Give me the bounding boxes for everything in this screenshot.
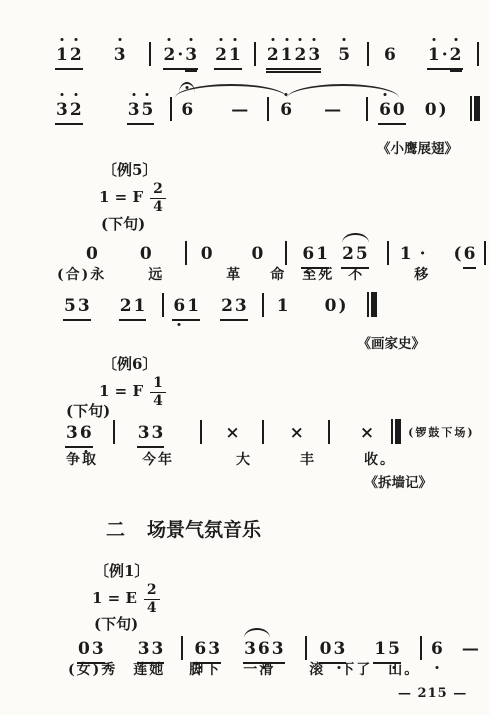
time-numerator: 2 — [150, 182, 166, 199]
barline — [420, 636, 422, 660]
lyric-word: 远 — [147, 264, 163, 284]
note-group: 2·3 — [163, 44, 199, 70]
barline — [262, 420, 264, 444]
time-numerator: 2 — [144, 583, 160, 600]
final-barline — [391, 419, 401, 444]
note-group: 12 — [55, 44, 83, 70]
time-signature: 24 — [144, 583, 160, 615]
lyric-word: 丰 — [299, 449, 315, 469]
note-group: 2123 — [266, 44, 321, 70]
slur-arc — [244, 628, 270, 638]
lyric-word: 山。 — [387, 659, 419, 679]
lyric-word: 收。 — [363, 449, 395, 469]
barline — [149, 42, 151, 66]
example6-phrase-label: (下句) — [66, 400, 110, 421]
barline — [200, 420, 202, 444]
note-group: 33 — [137, 422, 165, 448]
example1-phrase-label: (下句) — [94, 613, 138, 634]
lyric-word: 争取 — [65, 449, 97, 469]
note-group: × — [224, 422, 240, 446]
note-group: 60 — [378, 99, 406, 125]
note-group: 6 — [383, 44, 397, 68]
note-group: 3 — [113, 44, 127, 68]
note-group: 6 — [430, 638, 444, 662]
lyric-word: 移 — [413, 264, 429, 284]
note-group: — — [323, 99, 342, 123]
note-group: 1 — [276, 295, 290, 319]
lyric-word: 脚下 — [188, 659, 220, 679]
note-group: 21 — [119, 295, 147, 321]
example1-label: 〔例1〕 — [94, 560, 149, 581]
note-group: 23 — [220, 295, 248, 321]
score-page: 1232·3212123561·2 32356—6—600) 《小鹰展翅》 〔例… — [0, 0, 490, 715]
barline — [387, 241, 389, 265]
slur-arc — [342, 233, 369, 243]
note-group: × — [359, 422, 375, 446]
key-text: 1 = F — [99, 188, 143, 206]
stage-direction-note: (锣鼓下场) — [407, 422, 473, 446]
example5-lyrics: (合)永远革命至死不移 — [56, 264, 429, 284]
example6-score-line-1: 3633×××(锣鼓下场) — [65, 419, 474, 448]
time-signature: 14 — [150, 376, 166, 408]
fermata-icon — [179, 82, 195, 93]
source-attribution: 《拆墙记》 — [365, 471, 433, 491]
lyric-word: 至死 — [301, 264, 333, 284]
barline — [185, 241, 187, 265]
section-number: 二 — [106, 519, 125, 541]
source-attribution: 《画家史》 — [358, 332, 426, 352]
example5-score-line-2: 5321612310) — [63, 292, 377, 321]
time-denominator: 4 — [150, 393, 166, 409]
lyric-word: 滚 — [308, 659, 324, 679]
note-group: 5 — [337, 44, 351, 68]
key-text: 1 = E — [92, 589, 137, 607]
barline — [305, 636, 307, 660]
barline — [162, 293, 164, 317]
barline — [267, 97, 269, 121]
lyric-word: 下了 — [339, 659, 371, 679]
barline — [366, 97, 368, 121]
note-group: 21 — [214, 44, 242, 70]
note-group: 1·2 — [427, 44, 463, 70]
example1-key-signature: 1 = E24 — [92, 583, 160, 615]
time-signature: 24 — [150, 182, 166, 214]
page-number: — 215 — — [398, 686, 467, 701]
note-group: 0) — [324, 295, 348, 319]
lyric-word: (女)秀 — [67, 659, 116, 679]
source-attribution: 《小鹰展翅》 — [377, 137, 458, 157]
barline — [477, 42, 479, 66]
note-group: 61 — [172, 295, 200, 321]
final-barline — [367, 292, 377, 317]
barline — [367, 42, 369, 66]
note-group: × — [289, 422, 305, 446]
lyric-word: 不 — [347, 264, 363, 284]
example5-key-signature: 1 = F24 — [99, 182, 166, 214]
section-heading: 二场景气氛音乐 — [106, 515, 261, 542]
note-group: 35 — [127, 99, 155, 125]
lyric-word: 今年 — [141, 449, 173, 469]
time-numerator: 1 — [150, 376, 166, 393]
lyric-word: 莲她 — [132, 659, 164, 679]
lyric-word: 命 — [269, 264, 285, 284]
time-denominator: 4 — [150, 199, 166, 215]
note-group: 0) — [424, 99, 448, 123]
note-group: 53 — [63, 295, 91, 321]
barline — [262, 293, 264, 317]
example1-lyrics: (女)秀莲她脚下一滑滚下了山。 — [67, 659, 419, 679]
barline — [484, 241, 486, 265]
tie-arc — [287, 84, 399, 98]
note-group: 36 — [65, 422, 93, 448]
barline — [285, 241, 287, 265]
example6-lyrics: 争取今年大丰收。 — [65, 449, 395, 469]
note-group: — — [461, 638, 480, 662]
note-group: 6 — [279, 99, 293, 123]
score-line-top-1: 1232·3212123561·2 — [55, 42, 479, 70]
lyric-word: 一滑 — [242, 659, 274, 679]
section-title: 场景气氛音乐 — [147, 519, 261, 541]
note-group: 32 — [55, 99, 83, 125]
barline — [170, 97, 172, 121]
barline — [328, 420, 330, 444]
note-group: 6 — [180, 99, 194, 123]
note-group: ( — [453, 243, 463, 267]
lyric-word: 革 — [225, 264, 241, 284]
barline — [254, 42, 256, 66]
score-line-top-2: 32356—6—600) — [55, 96, 480, 125]
example6-label: 〔例6〕 — [102, 353, 157, 374]
barline — [181, 636, 183, 660]
lyric-word: 大 — [235, 449, 251, 469]
example5-phrase-label: (下句) — [101, 213, 145, 234]
time-denominator: 4 — [144, 600, 160, 616]
final-barline — [470, 96, 480, 121]
key-text: 1 = F — [99, 382, 143, 400]
barline — [113, 420, 115, 444]
example5-label: 〔例5〕 — [102, 159, 157, 180]
lyric-word: (合)永 — [56, 264, 105, 284]
note-group: — — [230, 99, 249, 123]
note-group: 6 — [463, 243, 477, 269]
